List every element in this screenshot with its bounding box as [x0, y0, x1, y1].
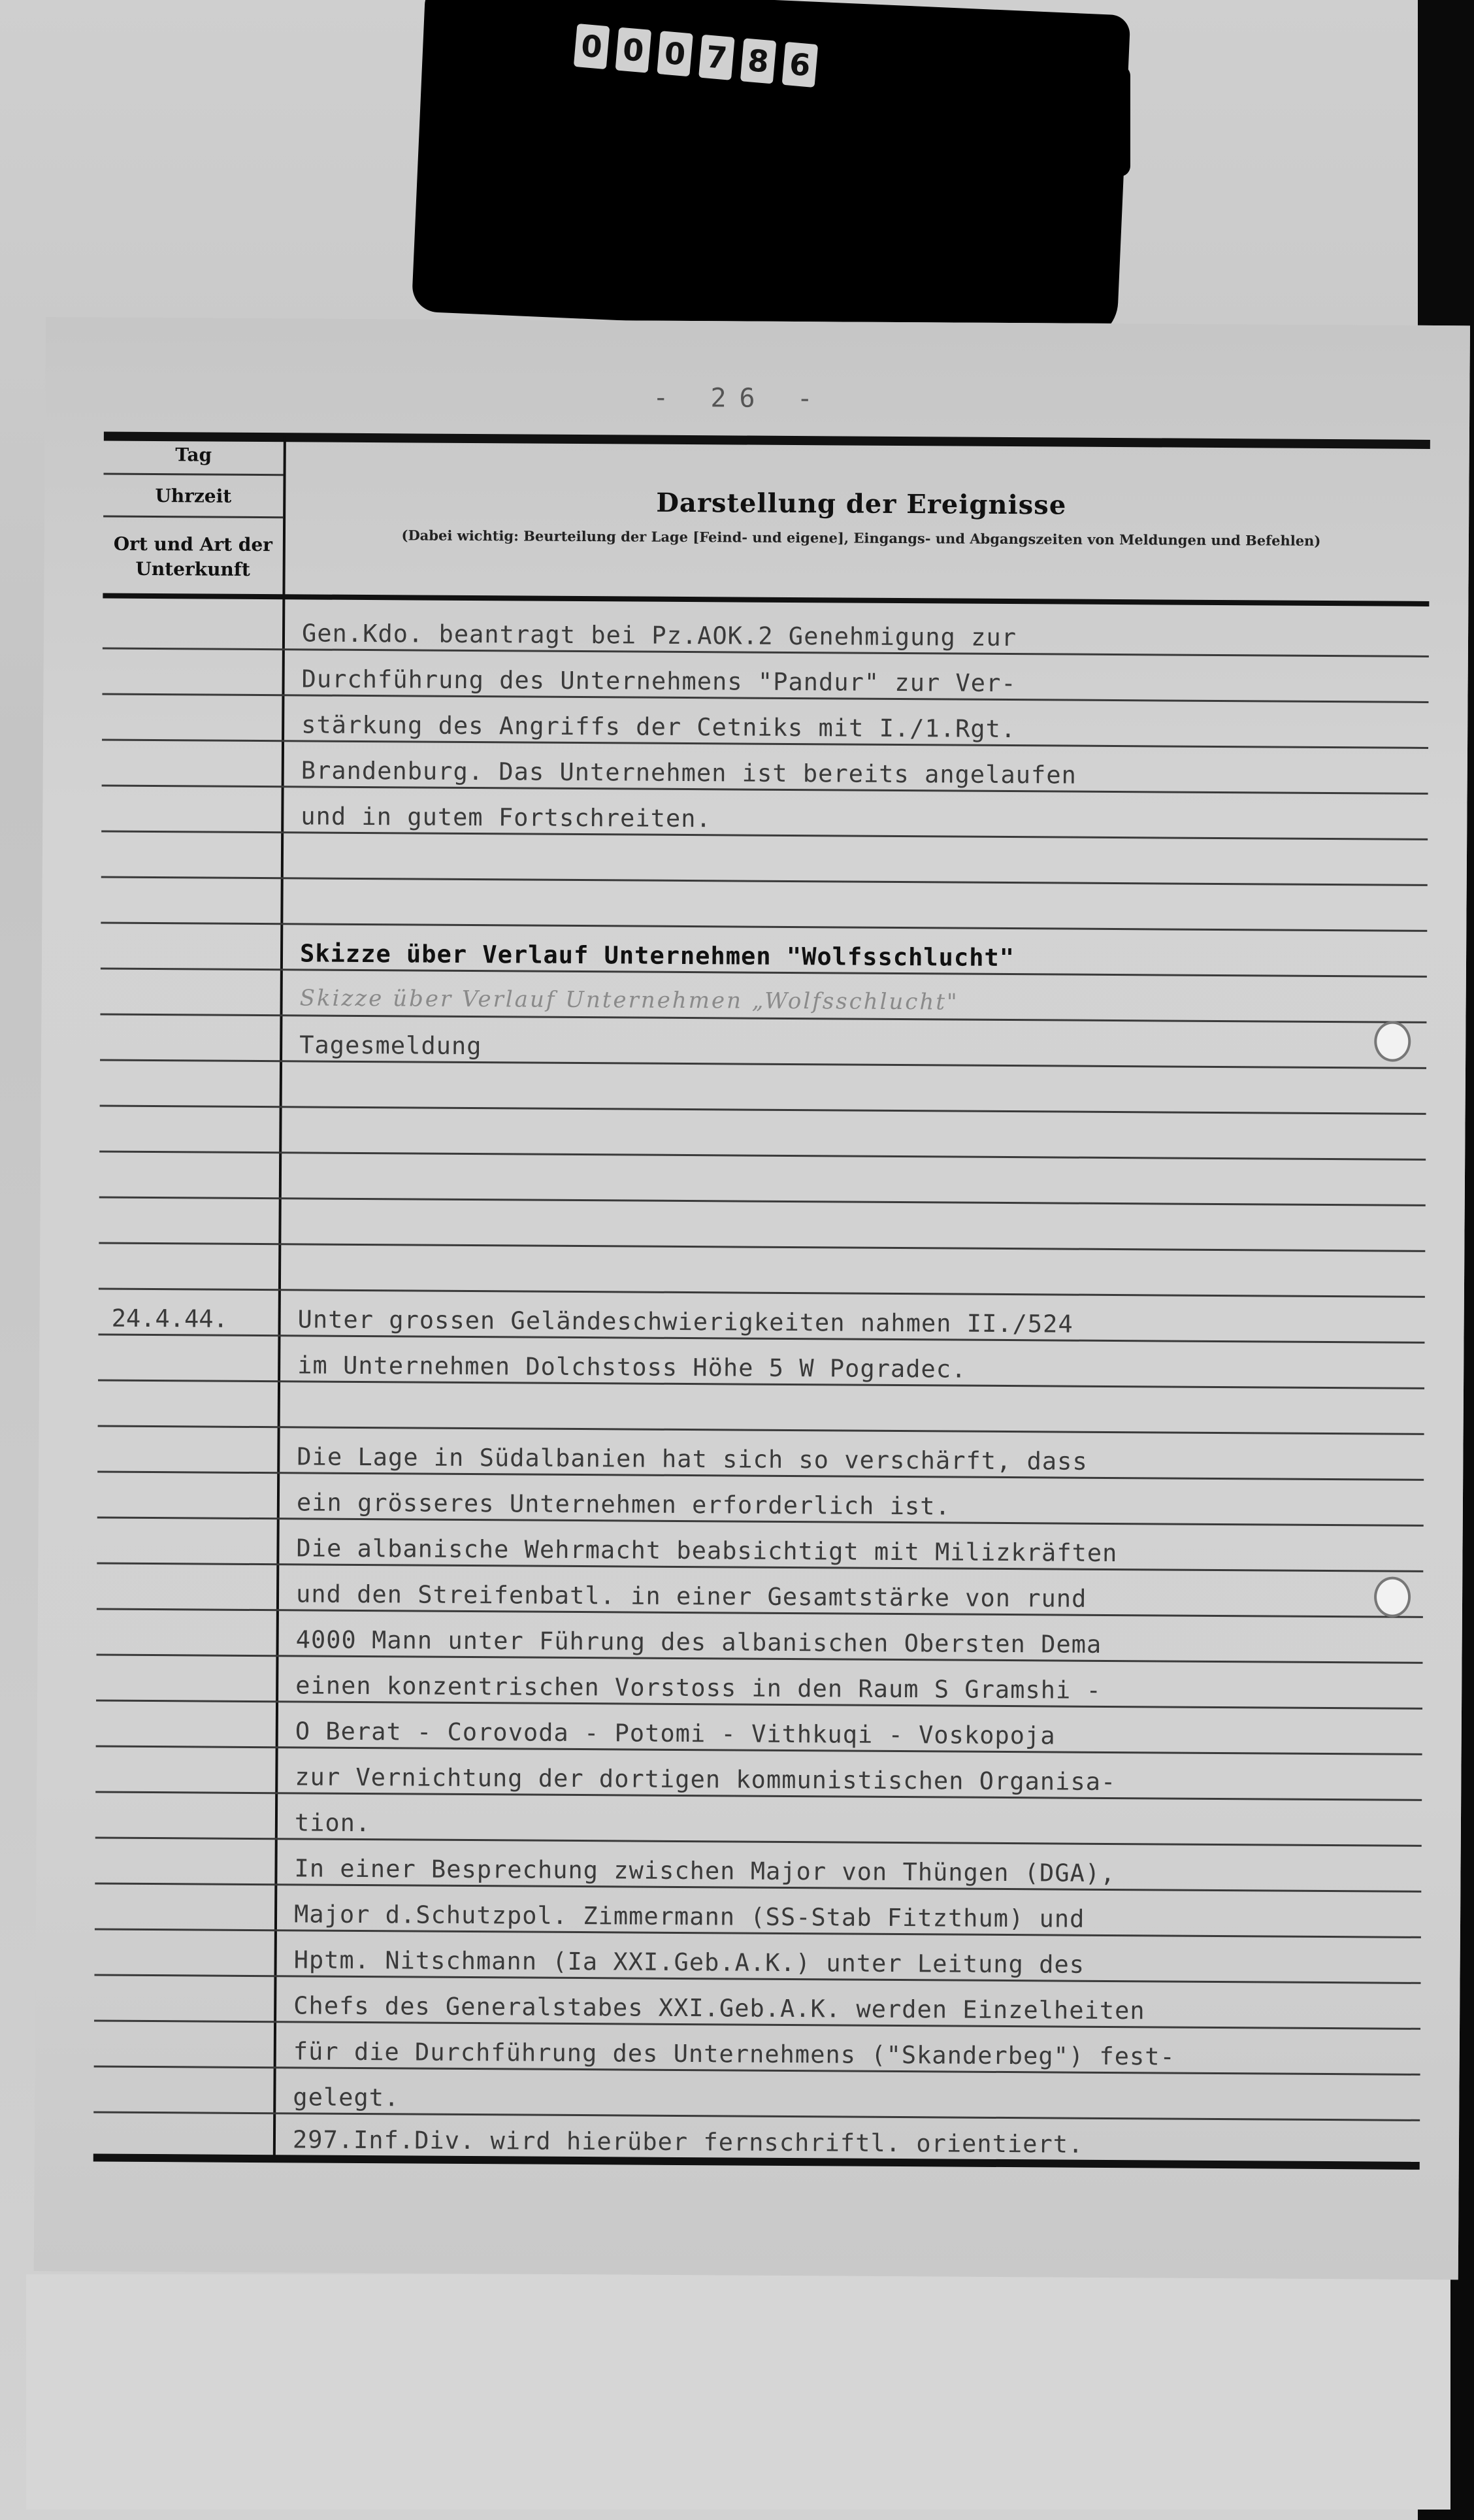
ruled-line [99, 1151, 1426, 1161]
entry-line: für die Durchführung des Unternehmens ("… [293, 2037, 1175, 2070]
entry-line: 297.Inf.Div. wird hierüber fernschriftl.… [293, 2125, 1084, 2158]
page-number: - 26 - [653, 383, 826, 414]
counter-digit: 0 [615, 27, 652, 73]
page-title: Darstellung der Ereignisse [293, 485, 1430, 523]
frame-counter-knob [1058, 65, 1130, 176]
entry-line: Hptm. Nitschmann (Ia XXI.Geb.A.K.) unter… [294, 1946, 1085, 1978]
entry-line: einen konzentrischen Vorstoss in den Rau… [295, 1671, 1102, 1704]
page-subtitle: (Dabei wichtig: Beurteilung der Lage [Fe… [293, 526, 1430, 550]
header-top-rule [104, 432, 1430, 449]
entry-line: In einer Besprechung zwischen Major von … [294, 1854, 1115, 1887]
backing-sheet-bottom [26, 2274, 1450, 2510]
counter-digit: 8 [740, 38, 777, 84]
ruled-line [101, 876, 1428, 886]
entry-line: tion. [295, 1808, 371, 1837]
entry-line: Chefs des Generalstabes XXI.Geb.A.K. wer… [293, 1991, 1145, 2025]
entry-line: Brandenburg. Das Unternehmen ist bereits… [301, 756, 1077, 789]
ruled-line [99, 1288, 1425, 1298]
entry-line: Die Lage in Südalbanien hat sich so vers… [297, 1442, 1088, 1475]
entry-line: Unter grossen Geländeschwierigkeiten nah… [298, 1305, 1073, 1338]
header-tag: Tag [104, 435, 284, 476]
punch-hole [1374, 1576, 1411, 1617]
ruled-line [101, 831, 1428, 840]
ruled-line [100, 1059, 1426, 1069]
entry-line: im Unternehmen Dolchstoss Höhe 5 W Pogra… [297, 1351, 966, 1383]
entry-line: ein grösseres Unternehmen erforderlich i… [297, 1488, 951, 1520]
war-diary-page: - 26 - Tag Uhrzeit Ort und Art der Unter… [34, 317, 1470, 2280]
counter-digit: 0 [574, 24, 610, 69]
entry-line: Major d.Schutzpol. Zimmermann (SS-Stab F… [294, 1900, 1085, 1932]
header-ort-unterkunft: Ort und Art der Unterkunft [103, 518, 283, 597]
ruled-line [101, 922, 1427, 932]
entry-date: 24.4.44. [112, 1304, 228, 1333]
entry-line: und in gutem Fortschreiten. [301, 802, 712, 833]
counter-digit: 6 [782, 42, 819, 88]
left-column-header: Tag Uhrzeit Ort und Art der Unterkunft [103, 435, 283, 597]
entry-line: und den Streifenbatl. in einer Gesamtstä… [296, 1580, 1087, 1612]
header-bottom-rule [103, 593, 1429, 606]
entry-line: Gen.Kdo. beantragt bei Pz.AOK.2 Genehmig… [302, 619, 1017, 652]
ruled-line [93, 2111, 1420, 2121]
sketch-heading: Skizze über Verlauf Unternehmen "Wolfssc… [300, 939, 1015, 972]
entry-line: Die albanische Wehrmacht beabsichtigt mi… [296, 1534, 1117, 1567]
header-uhrzeit: Uhrzeit [103, 475, 283, 519]
entry-line: Durchführung des Unternehmens "Pandur" z… [301, 665, 1016, 697]
entry-line: stärkung des Angriffs der Cetniks mit I.… [301, 710, 1016, 743]
entry-line: gelegt. [293, 2083, 399, 2112]
entry-line: zur Vernichtung der dortigen kommunistis… [295, 1763, 1116, 1796]
attachment-label: Tagesmeldung [299, 1031, 482, 1060]
ruled-line [99, 1197, 1426, 1206]
ruled-line [100, 1105, 1426, 1115]
entry-line: 4000 Mann unter Führung des albanischen … [296, 1625, 1102, 1659]
punch-hole [1374, 1021, 1411, 1061]
counter-digit: 7 [698, 35, 735, 80]
counter-digit: 0 [657, 31, 693, 76]
ruled-line [99, 1242, 1425, 1252]
entry-line: O Berat - Corovoda - Potomi - Vithkuqi -… [295, 1717, 1056, 1749]
ruled-line [95, 1837, 1422, 1847]
ruled-line [98, 1425, 1424, 1435]
ruled-line [100, 1014, 1426, 1023]
handwritten-note: Skizze über Verlauf Unternehmen „Wolfssc… [300, 985, 959, 1015]
